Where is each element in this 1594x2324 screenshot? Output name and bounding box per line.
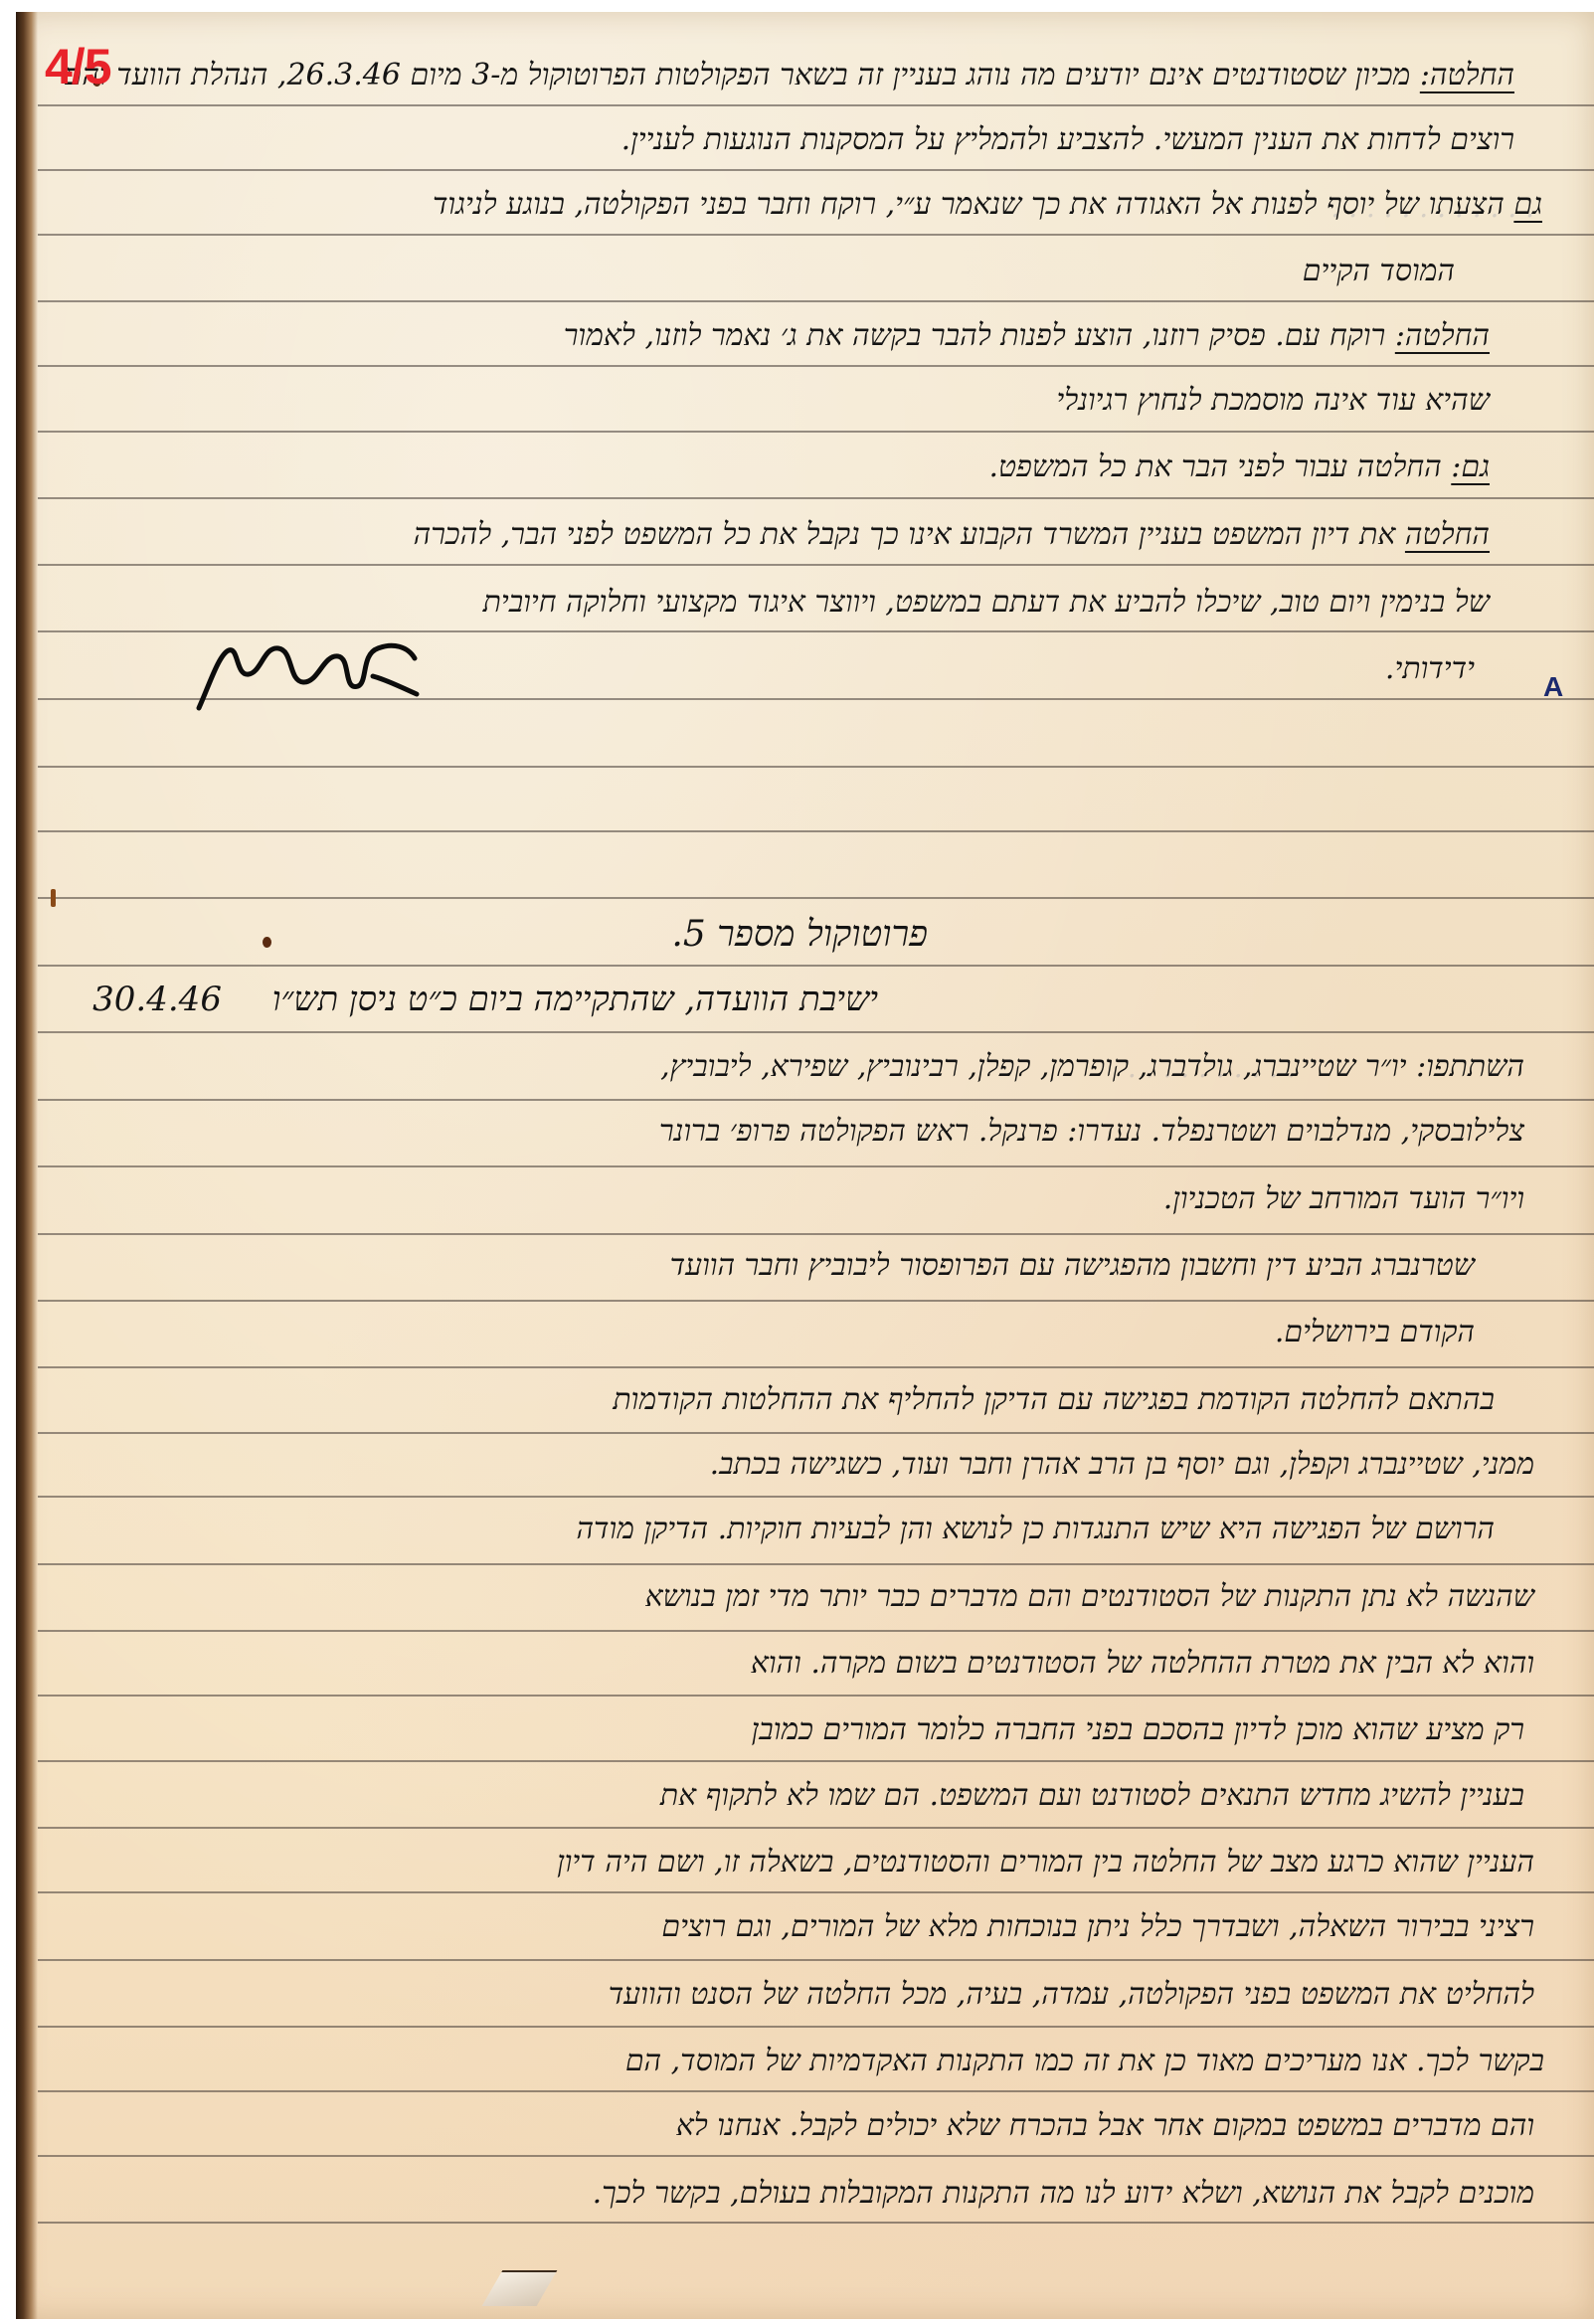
protocol-line: מוכנים לקבל את הנושא, ושלא ידוע לנו מה ה… xyxy=(593,2176,1534,2211)
ruled-line xyxy=(38,2222,1594,2224)
ink-spot xyxy=(263,937,271,948)
protocol-line: הרושם של הפגישה היא שיש התנגדות כן לנושא… xyxy=(576,1512,1495,1546)
protocol-line: העניין שהוא כרגע מצב של החלטה בין המורים… xyxy=(557,1845,1534,1879)
ruled-line xyxy=(38,1300,1594,1302)
protocol-line: ממני, שטיינברג וקפלן, וגם יוסף בן הרב אה… xyxy=(710,1447,1534,1482)
line-text: של בנימין ויום טוב, שיכלו להביע את דעתם … xyxy=(483,585,1490,620)
line-label: החלטה: xyxy=(1395,318,1490,353)
ink-spot xyxy=(51,889,56,907)
protocol-line: גם: החלטה עבור לפני הבר את כל המשפט. xyxy=(988,449,1490,484)
protocol-line: של בנימין ויום טוב, שיכלו להביע את דעתם … xyxy=(483,585,1490,620)
line-text: החלטה עבור לפני הבר את כל המשפט. xyxy=(988,449,1441,484)
ruled-line xyxy=(38,300,1594,302)
ruled-line xyxy=(38,1563,1594,1565)
protocol-line: רוצים לדחות את הענין המעשי. להצביע ולהמל… xyxy=(621,122,1514,157)
ruled-line xyxy=(38,1432,1594,1434)
ruled-line xyxy=(38,2026,1594,2028)
ruled-line xyxy=(38,1165,1594,1167)
line-text: מכיון שסטודנטים אינם יודעים מה נוהג בעני… xyxy=(64,58,1411,92)
protocol-line: הקודם בירושלים. xyxy=(1275,1315,1475,1349)
protocol-line: בקשר לכך. אנו מעריכים מאוד כן את זה כמו … xyxy=(625,2044,1544,2078)
ruled-line xyxy=(38,431,1594,433)
line-text: את דיון המשפט בעניין המשרד הקבוע אינו כך… xyxy=(414,517,1396,552)
protocol-line: רציני בבירור השאלה, ושבדרך כלל ניתן בנוכ… xyxy=(661,1909,1534,1944)
notebook-binding-edge xyxy=(16,12,38,2319)
ruled-line xyxy=(38,766,1594,768)
protocol-line: שהנשה לא נתן התקנות של הסטודנטים והם מדב… xyxy=(645,1579,1534,1614)
ruled-line xyxy=(38,965,1594,967)
line-label: גם: xyxy=(1451,449,1490,484)
ruled-line xyxy=(38,2090,1594,2092)
meeting-description: ישיבת הוועדה, שהתקיימה ביום כ״ט ניסן תש״… xyxy=(272,980,878,1019)
ruled-line xyxy=(38,365,1594,367)
protocol-line: ידידותי. xyxy=(1385,651,1475,686)
line-text: ידידותי. xyxy=(1385,651,1475,686)
ruled-line xyxy=(38,2155,1594,2157)
ruled-line xyxy=(38,1099,1594,1101)
protocol-line: בעניין להשיג מחדש התנאים לסטודנט ועם המש… xyxy=(660,1778,1524,1813)
protocol-line: החלטה את דיון המשפט בעניין המשרד הקבוע א… xyxy=(414,517,1490,552)
ruled-line xyxy=(38,1366,1594,1368)
protocol-line: החלטה: מכיון שסטודנטים אינם יודעים מה נו… xyxy=(64,58,1514,92)
protocol-line: גם הצעתו של יוסף לפנות אל האגודה את כך ש… xyxy=(433,187,1542,222)
protocol-line: ויו״ר הועד המורחב של הטכניון. xyxy=(1163,1181,1524,1216)
protocol-line: החלטה: רוקח עם. פסיק רוזנו, הוצע לפנות ל… xyxy=(564,318,1490,353)
meeting-date: 30.4.46 xyxy=(92,980,222,1019)
signature-scribble xyxy=(194,636,423,716)
ruled-line xyxy=(38,830,1594,832)
protocol-line: שטרנברג הביע דין וחשבון מהפגישה עם הפרופ… xyxy=(670,1248,1475,1283)
protocol-line: להחליט את המשפט בפני הפקולטה, עמדה, בעיה… xyxy=(609,1977,1534,2012)
meeting-date-line: ישיבת הוועדה, שהתקיימה ביום כ״ט ניסן תש״… xyxy=(92,980,878,1019)
line-text: הצעתו של יוסף לפנות אל האגודה את כך שנאמ… xyxy=(433,187,1505,222)
ruled-line xyxy=(38,1891,1594,1893)
page-number-marker: 4/5 xyxy=(45,38,111,95)
line-text: רוקח עם. פסיק רוזנו, הוצע לפנות להבר בקש… xyxy=(564,318,1386,353)
line-label: החלטה xyxy=(1405,517,1490,552)
protocol-line: צלילובסקי, מנדלבוים ושטרנפלד. נעדרו: פרנ… xyxy=(659,1114,1524,1149)
ruled-line xyxy=(38,1233,1594,1235)
ruled-line xyxy=(38,1031,1594,1033)
ruled-line xyxy=(38,1760,1594,1762)
line-text: שהיא עוד אינה מוסמכת לנחוץ רגיונלי xyxy=(1056,383,1490,418)
ruled-line xyxy=(38,630,1594,632)
ruled-line xyxy=(38,1630,1594,1632)
protocol-line: רק מציע שהוא מוכן לדיון בהסכם בפני החברה… xyxy=(752,1712,1524,1747)
protocol-line: בהתאם להחלטה הקודמת בפגישה עם הדיקן להחל… xyxy=(613,1382,1495,1417)
ruled-line xyxy=(38,497,1594,499)
ruled-line xyxy=(38,564,1594,566)
ruled-line xyxy=(38,1695,1594,1697)
ruled-line xyxy=(38,1496,1594,1498)
ruled-line xyxy=(38,234,1594,236)
ruled-line xyxy=(38,104,1594,106)
protocol-line: השתתפו: יו״ר שטיינברג, גולדברג, קופרמן, … xyxy=(660,1049,1524,1084)
margin-mark-a: A xyxy=(1543,671,1563,703)
protocol-line: והם מדברים במשפט במקום אחר אבל בהכרח שלא… xyxy=(676,2108,1534,2143)
protocol-line: שהיא עוד אינה מוסמכת לנחוץ רגיונלי xyxy=(1056,383,1490,418)
line-text: המוסד הקיים xyxy=(1303,254,1455,288)
line-label: החלטה: xyxy=(1420,58,1514,92)
ruled-line xyxy=(38,897,1594,899)
notebook-page: . . . . . . . . . . . . . . . . . . . . … xyxy=(16,12,1594,2319)
protocol-heading: פרוטוקול מספר 5. xyxy=(671,913,928,955)
line-label: גם xyxy=(1513,187,1542,222)
ruled-line xyxy=(38,1827,1594,1829)
line-text: רוצים לדחות את הענין המעשי. להצביע ולהמל… xyxy=(621,122,1514,157)
protocol-line: המוסד הקיים xyxy=(1303,254,1455,288)
ruled-line xyxy=(38,1959,1594,1961)
protocol-line: והוא לא הבין את מטרת ההחלטה של הסטודנטים… xyxy=(751,1646,1534,1681)
ruled-line xyxy=(38,169,1594,171)
